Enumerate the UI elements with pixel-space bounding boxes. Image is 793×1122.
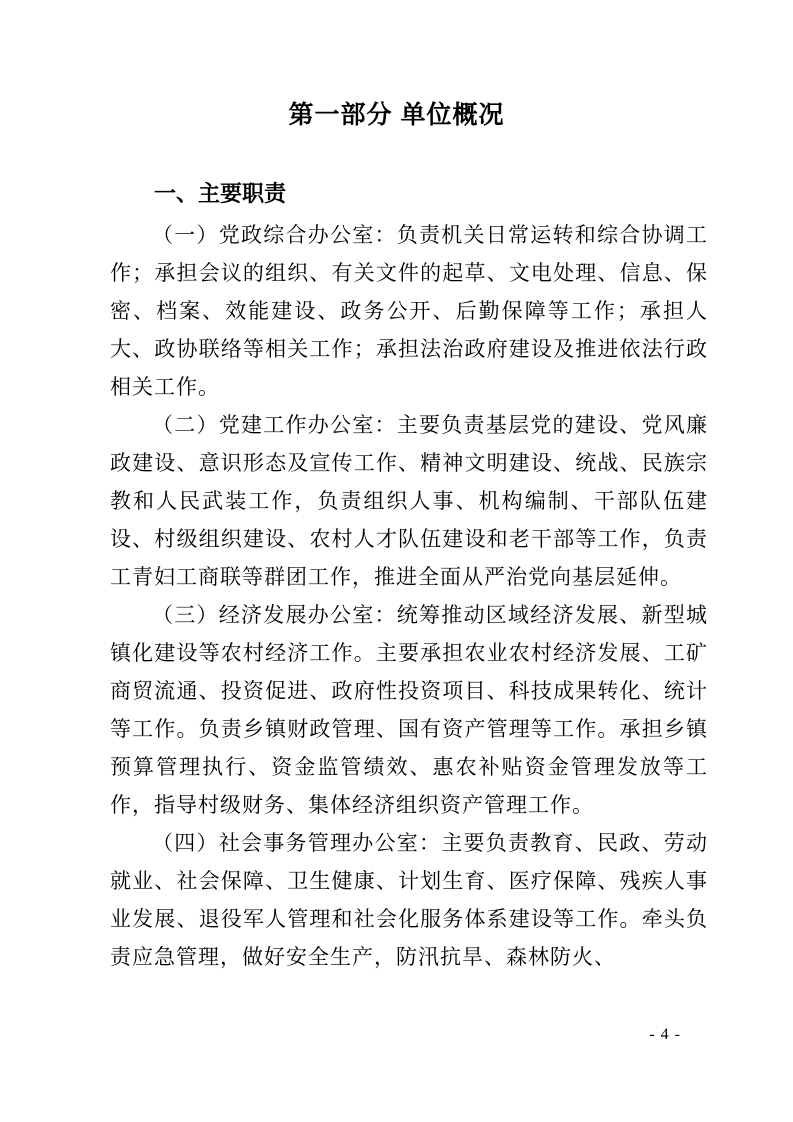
paragraph-office-4: （四）社会事务管理办公室：主要负责教育、民政、劳动就业、社会保障、卫生健康、计划… bbox=[110, 824, 708, 976]
document-title: 第一部分 单位概况 bbox=[0, 97, 793, 133]
body-text: （一）党政综合办公室：负责机关日常运转和综合协调工作；承担会议的组织、有关文件的… bbox=[110, 216, 708, 976]
page-number: - 4 - bbox=[649, 1026, 681, 1044]
paragraph-office-2: （二）党建工作办公室：主要负责基层党的建设、党风廉政建设、意识形态及宣传工作、精… bbox=[110, 406, 708, 596]
paragraph-office-1: （一）党政综合办公室：负责机关日常运转和综合协调工作；承担会议的组织、有关文件的… bbox=[110, 216, 708, 406]
paragraph-office-3: （三）经济发展办公室：统筹推动区域经济发展、新型城镇化建设等农村经济工作。主要承… bbox=[110, 596, 708, 824]
document-page: 第一部分 单位概况 一、主要职责 （一）党政综合办公室：负责机关日常运转和综合协… bbox=[0, 0, 793, 1122]
section-heading: 一、主要职责 bbox=[110, 179, 708, 209]
